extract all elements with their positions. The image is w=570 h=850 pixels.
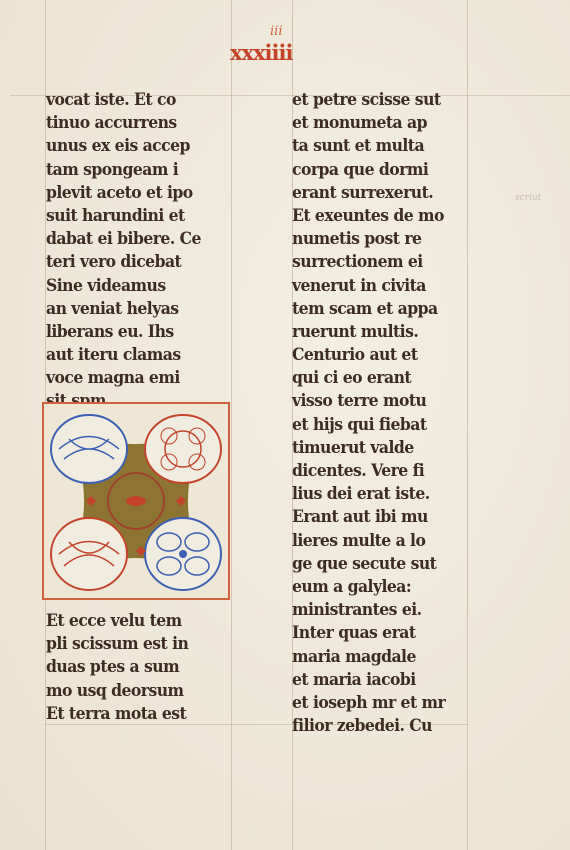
text-line: pli scissum est in (46, 633, 217, 656)
text-line: numetis post re (292, 228, 454, 251)
text-line: an veniat helyas (46, 298, 217, 321)
left-column-lower: Et ecce velu tem pli scissum est in duas… (46, 610, 232, 726)
text-line: Et exeuntes de mo (292, 205, 454, 228)
text-line: Centurio aut et (292, 344, 454, 367)
text-line: tem scam et appa (292, 298, 454, 321)
folio-superscript: iii (270, 24, 282, 39)
text-line: dicentes. Vere fi (292, 460, 454, 483)
text-line: ge que secute sut (292, 553, 454, 576)
left-column-upper: vocat iste. Et co tinuo accurrens unus e… (46, 89, 232, 414)
text-line: dabat ei bibere. Ce (46, 228, 217, 251)
text-line: voce magna emi (46, 367, 217, 390)
text-line: liberans eu. Ihs (46, 321, 217, 344)
margin-note: scriut (515, 193, 541, 203)
text-line: corpa que dormi (292, 159, 454, 182)
text-line: erant surrexerut. (292, 182, 454, 205)
text-line: lieres multe a lo (292, 530, 454, 553)
right-column: et petre scisse sut et monumeta ap ta su… (292, 89, 468, 738)
text-line: teri vero dicebat (46, 251, 217, 274)
decorated-initial (42, 402, 230, 600)
text-line: tam spongeam i (46, 159, 217, 182)
text-line: Erant aut ibi mu (292, 506, 454, 529)
text-line: ta sunt et multa (292, 135, 454, 158)
text-line: et maria iacobi (292, 669, 454, 692)
text-line: Sine videamus (46, 275, 217, 298)
text-line: eum a galylea: (292, 576, 454, 599)
text-line: vocat iste. Et co (46, 89, 217, 112)
text-line: et petre scisse sut (292, 89, 454, 112)
text-line: et hijs qui fiebat (292, 414, 454, 437)
folio-number: xxxiiii (230, 40, 292, 65)
text-line: lius dei erat iste. (292, 483, 454, 506)
text-line: et monumeta ap (292, 112, 454, 135)
text-line: plevit aceto et ipo (46, 182, 217, 205)
text-line: maria magdale (292, 646, 454, 669)
text-line: unus ex eis accep (46, 135, 217, 158)
text-line: Et terra mota est (46, 703, 217, 726)
text-line: duas ptes a sum (46, 656, 217, 679)
text-line: qui ci eo erant (292, 367, 454, 390)
text-line: venerut in civita (292, 275, 454, 298)
text-line: filior zebedei. Cu (292, 715, 454, 738)
text-line: ministrantes ei. (292, 599, 454, 622)
illumination-icon (44, 404, 228, 598)
text-line: suit harundini et (46, 205, 217, 228)
text-line: surrectionem ei (292, 251, 454, 274)
text-line: aut iteru clamas (46, 344, 217, 367)
text-line: mo usq deorsum (46, 680, 217, 703)
text-line: Inter quas erat (292, 622, 454, 645)
text-line: Et ecce velu tem (46, 610, 217, 633)
text-line: ruerunt multis. (292, 321, 454, 344)
text-line: tinuo accurrens (46, 112, 217, 135)
text-line: et ioseph mr et mr (292, 692, 454, 715)
text-line: timuerut valde (292, 437, 454, 460)
text-line: visso terre motu (292, 390, 454, 413)
manuscript-page: xxxiiii iii vocat iste. Et co tinuo accu… (0, 0, 570, 850)
